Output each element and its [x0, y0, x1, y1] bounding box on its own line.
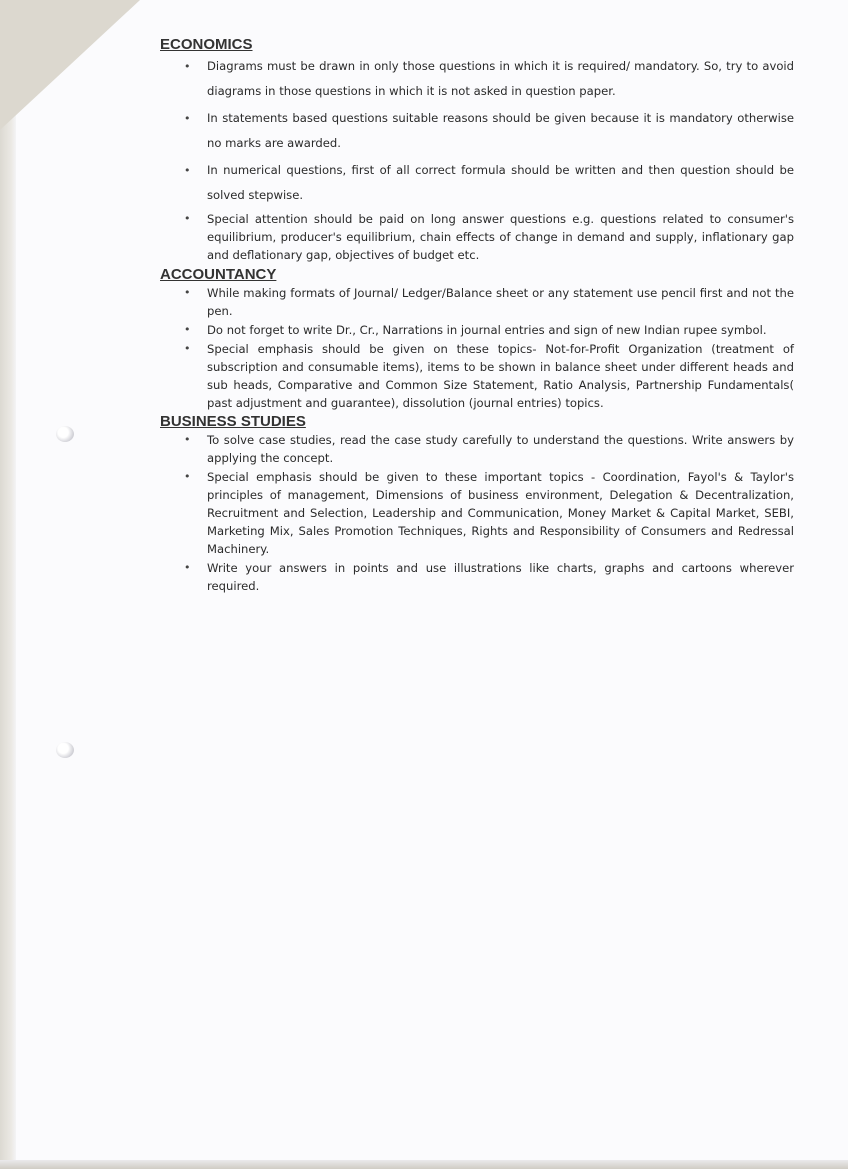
list-item: Special attention should be paid on long… — [160, 210, 794, 264]
punch-hole-icon — [56, 426, 74, 442]
list-item: Write your answers in points and use ill… — [160, 559, 794, 595]
scan-left-edge — [0, 0, 16, 1169]
list-item: Special emphasis should be given to thes… — [160, 468, 794, 558]
scan-bottom-edge — [0, 1160, 848, 1169]
list-item: While making formats of Journal/ Ledger/… — [160, 284, 794, 320]
list-item: In numerical questions, first of all cor… — [160, 158, 794, 208]
section-heading: ECONOMICS — [160, 36, 794, 54]
bullet-list: While making formats of Journal/ Ledger/… — [160, 284, 794, 412]
list-item: Diagrams must be drawn in only those que… — [160, 54, 794, 104]
list-item: Do not forget to write Dr., Cr., Narrati… — [160, 321, 794, 339]
list-item: Special emphasis should be given on thes… — [160, 340, 794, 412]
bullet-list: Diagrams must be drawn in only those que… — [160, 54, 794, 264]
folded-corner — [0, 0, 140, 130]
section-business-studies: BUSINESS STUDIES To solve case studies, … — [160, 413, 794, 595]
document-body: ECONOMICS Diagrams must be drawn in only… — [160, 36, 794, 596]
punch-hole-icon — [56, 742, 74, 758]
list-item: In statements based questions suitable r… — [160, 106, 794, 156]
section-heading: BUSINESS STUDIES — [160, 413, 794, 431]
section-economics: ECONOMICS Diagrams must be drawn in only… — [160, 36, 794, 264]
bullet-list: To solve case studies, read the case stu… — [160, 431, 794, 595]
list-item: To solve case studies, read the case stu… — [160, 431, 794, 467]
section-heading: ACCOUNTANCY — [160, 266, 794, 284]
section-accountancy: ACCOUNTANCY While making formats of Jour… — [160, 266, 794, 412]
